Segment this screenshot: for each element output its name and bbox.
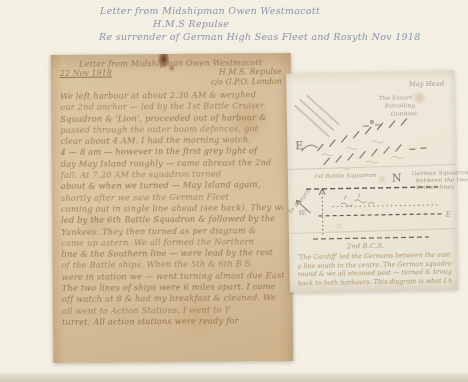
letter-text-block: Letter from Midshipman Owen Westmacott 2… <box>60 58 285 358</box>
formation-curve <box>301 145 317 151</box>
paper-fold-crease-2 <box>289 229 457 234</box>
diagram-german-note-3: British lines <box>416 185 454 192</box>
diagram-west-marker: W. <box>298 209 307 217</box>
diagram-bcs-label: 2nd B.C.S. <box>347 242 384 251</box>
diagram-first-squadron-label: 1st Battle Squadron <box>314 173 377 180</box>
diagram-north-marker: N <box>392 171 402 184</box>
diagram-east-marker: E <box>295 139 303 152</box>
letter-date: 22 Nov 1918 <box>60 69 112 89</box>
diagram-german-note-1: German Squadron <box>412 170 468 177</box>
diagram-german-note-2: between the two <box>416 177 468 184</box>
escort-dash-marks <box>363 120 381 126</box>
handwritten-letter-page: Letter from Midshipman Owen Westmacott 2… <box>51 53 294 363</box>
album-annotation-line3: Re surrender of German High Seas Fleet a… <box>99 32 421 43</box>
diagram-east-marker-2: E <box>446 210 452 219</box>
ship-ticks-upper-row <box>317 118 408 151</box>
paper-fold-crease <box>288 165 456 170</box>
course-connector-arrow <box>319 189 326 237</box>
diagram-escort-label-2: Patrolling <box>385 103 416 110</box>
diagram-top-note: May Head <box>409 80 445 89</box>
fleet-line-south <box>319 214 443 216</box>
letter-address: c/o G.P.O. London <box>211 77 282 87</box>
german-ships-sketch <box>340 193 374 206</box>
diagram-escort-label-1: The Escort <box>379 95 413 102</box>
album-annotation-line2: H.M.S Repulse <box>153 19 229 30</box>
album-page-bottom-edge <box>0 373 468 382</box>
diagram-escort-label-3: Gunboat <box>391 111 418 117</box>
letter-body-line: turret. All action stations were ready f… <box>62 315 284 328</box>
ship-ticks-lower-row <box>323 144 426 165</box>
letter-body: We left harbour at about 2.30 AM & weigh… <box>60 89 284 328</box>
diagram-caption: 'The Cardiff' led the Germans between th… <box>297 251 452 288</box>
fleet-diagram-page: May Head The Escort Patrolling Gunboat E… <box>286 71 458 293</box>
coastline-hatching <box>294 95 339 138</box>
photograph-of-album-page: Letter from Midshipman Owen Westmacott H… <box>0 0 468 382</box>
fleet-line-bcs <box>313 237 429 239</box>
letter-ship-name: H.M.S. Repulse <box>219 67 282 77</box>
album-annotation-line1: Letter from Midshipman Owen Westmacott <box>100 6 320 17</box>
